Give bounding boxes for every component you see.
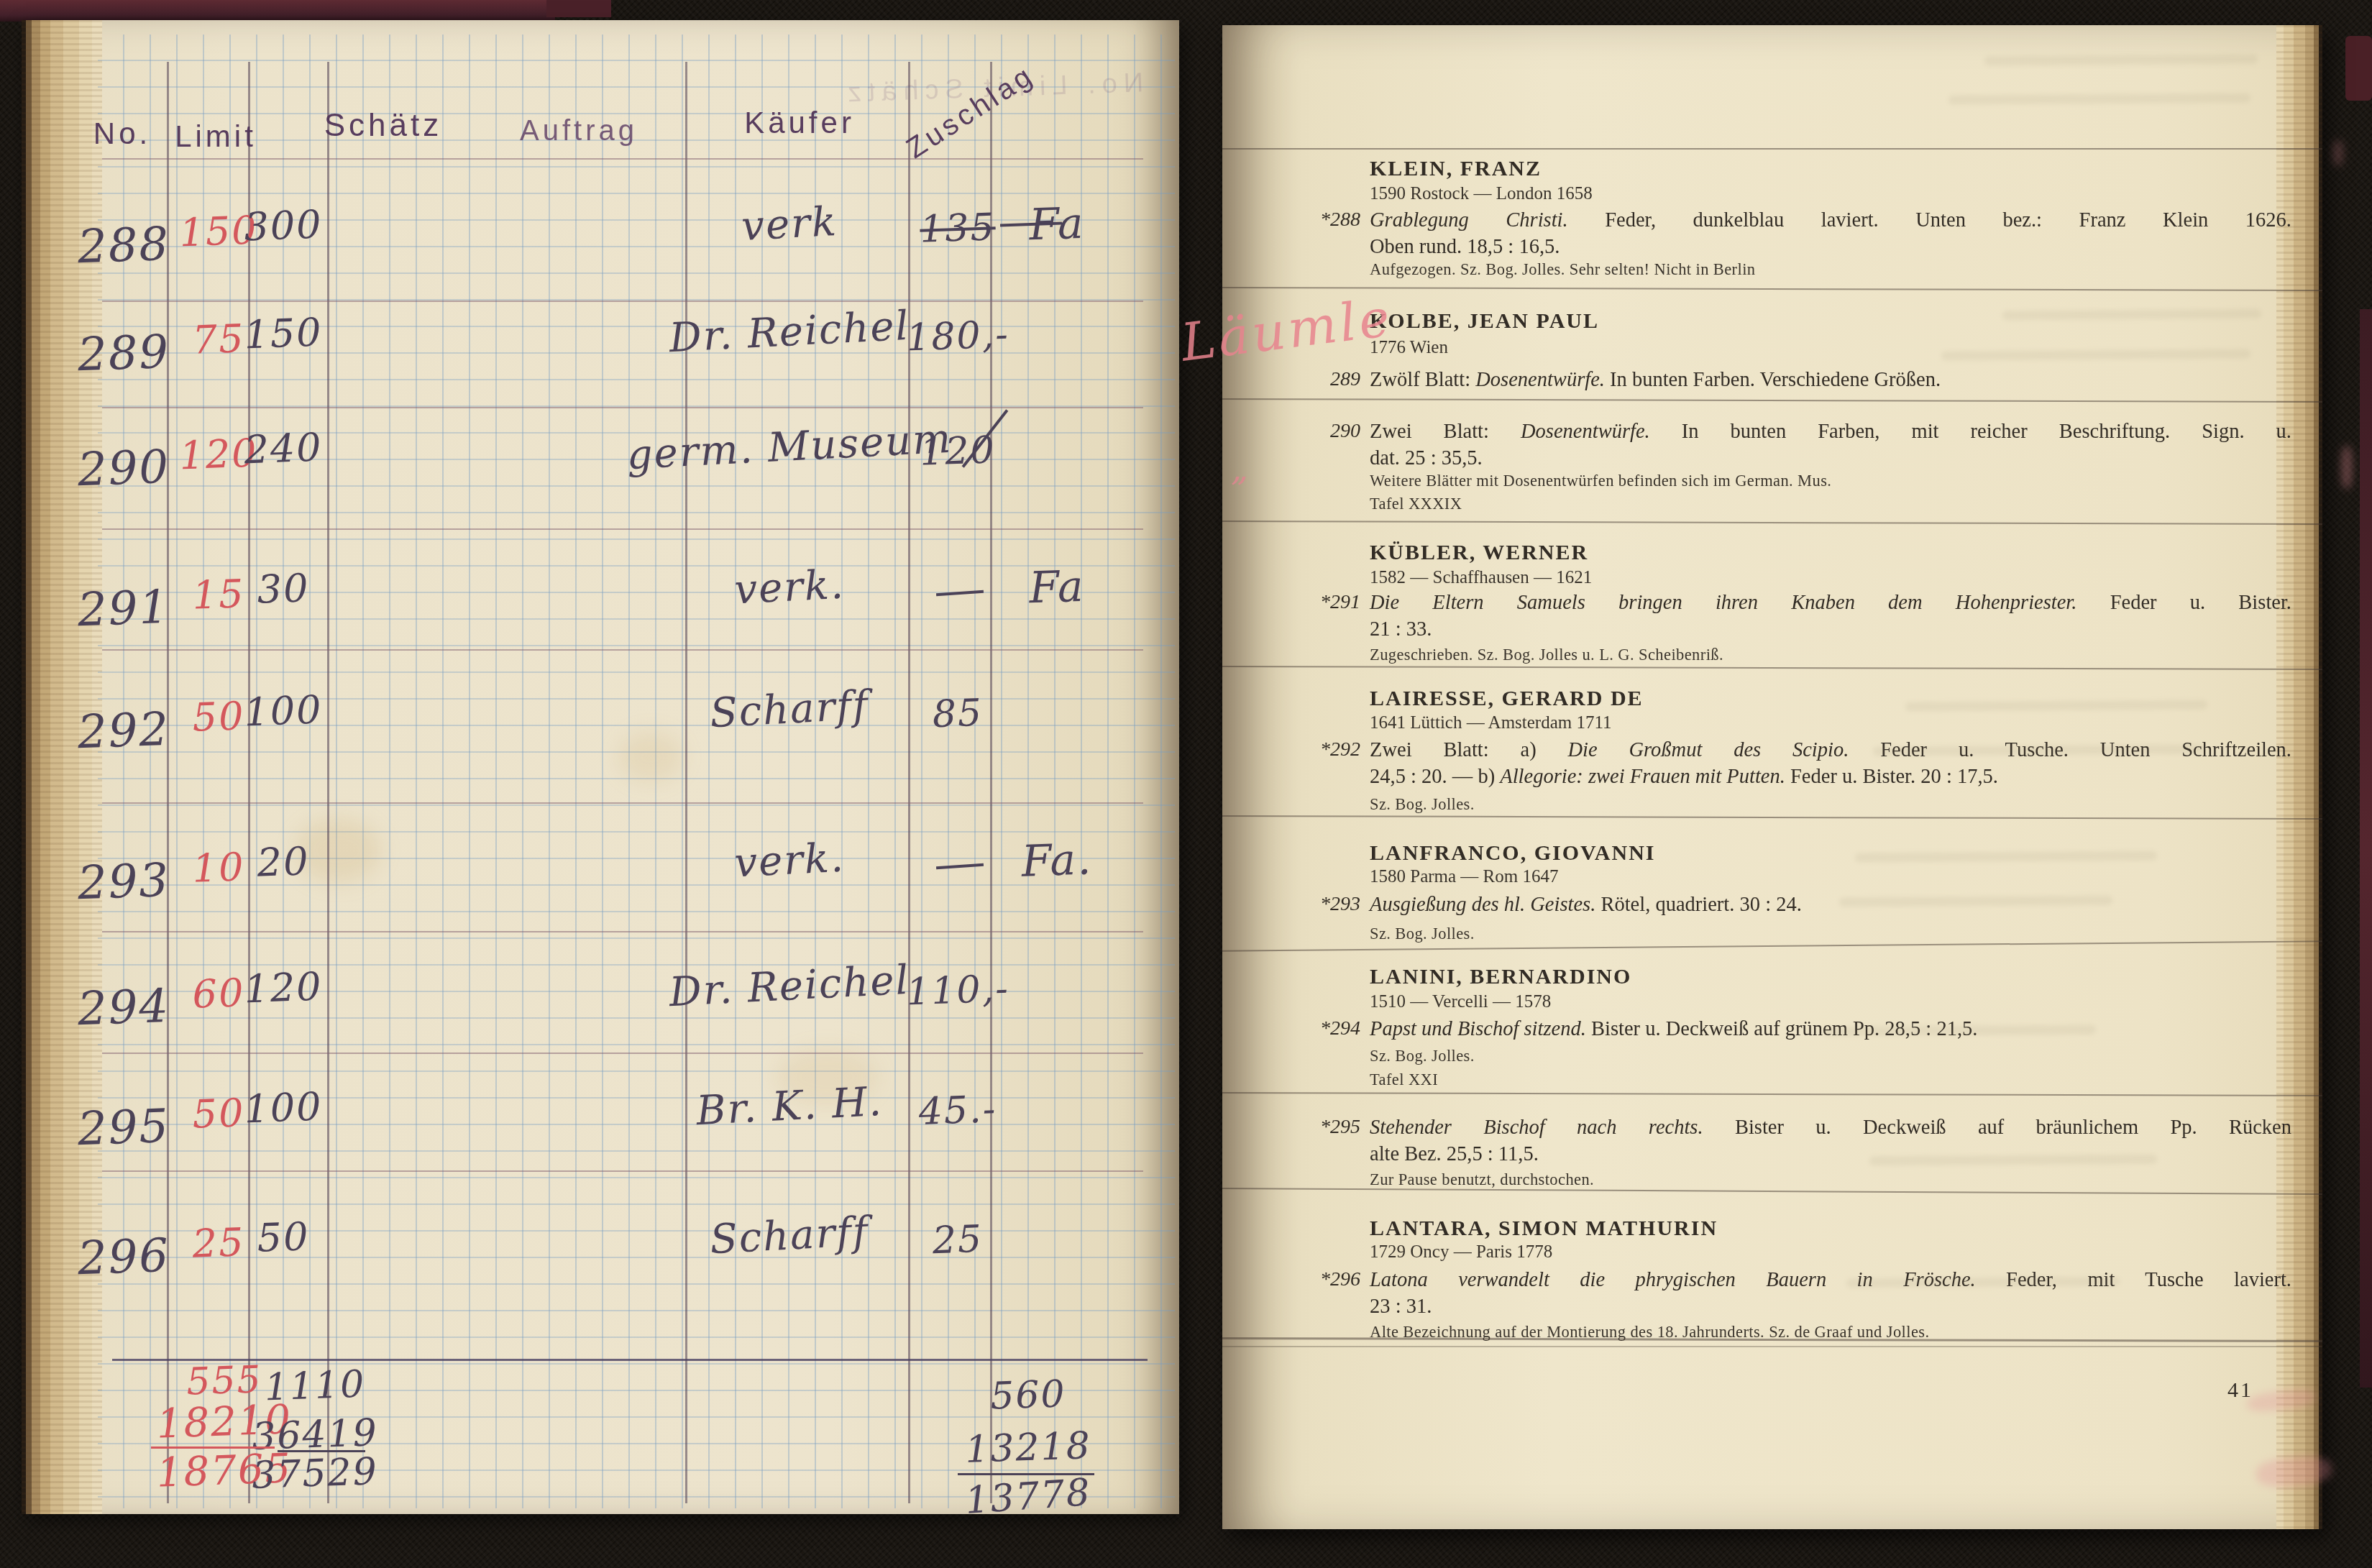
entry-text: Zwei Blatt: Dosenentwürfe. In bunten Far… bbox=[1370, 418, 2291, 472]
artist-name: LANINI, BERNARDINO bbox=[1370, 965, 1631, 989]
column-header-auftrag: Auftrag bbox=[520, 115, 638, 147]
ledger-margin-note: Fa bbox=[1028, 198, 1086, 251]
catalog-number: *295 bbox=[1294, 1116, 1360, 1139]
catalog-number: *288 bbox=[1294, 208, 1360, 231]
ledger-limit: 50 bbox=[192, 1090, 246, 1137]
entry-line: 23 : 31. bbox=[1370, 1293, 2291, 1320]
artist-name: KOLBE, JEAN PAUL bbox=[1370, 309, 1599, 334]
bleed-through-ghost bbox=[1949, 93, 2250, 105]
column-header-limit: Limit bbox=[175, 119, 257, 154]
entry-line: Grablegung Christi. Feder, dunkelblau la… bbox=[1370, 207, 2291, 234]
entry-line: Zwölf Blatt: Dosenentwürfe. In bunten Fa… bbox=[1370, 367, 2291, 393]
row-divider bbox=[102, 649, 1143, 651]
total-zuschlag: 560 bbox=[989, 1372, 1066, 1418]
ledger-margin-note: Fa bbox=[1028, 561, 1086, 614]
entry-line: 24,5 : 20. — b) Allegorie: zwei Frauen m… bbox=[1370, 764, 2291, 790]
entry-line: Latona verwandelt die phrygischen Bauern… bbox=[1370, 1267, 2291, 1293]
ledger-limit: 25 bbox=[192, 1219, 246, 1266]
ledger-schaetz: 150 bbox=[243, 310, 323, 358]
ledger-no: 295 bbox=[77, 1100, 171, 1156]
entry-text: Die Eltern Samuels bringen ihren Knaben … bbox=[1370, 590, 2291, 643]
bleed-through-ghost bbox=[2002, 309, 2261, 321]
entry-note: Weitere Blätter mit Dosenentwürfen befin… bbox=[1370, 472, 2291, 490]
bleed-through-ghost bbox=[1839, 896, 2112, 907]
artist-name: LANFRANCO, GIOVANNI bbox=[1370, 841, 1655, 866]
ledger-kaeufer: verk. bbox=[733, 561, 846, 614]
sum-rule-zuschlag bbox=[958, 1473, 1094, 1475]
ledger-kaeufer: Br. K. H. bbox=[695, 1078, 884, 1134]
ledger-no: 290 bbox=[77, 441, 171, 497]
ledger-zuschlag: 45.- bbox=[918, 1088, 997, 1134]
column-divider bbox=[908, 62, 910, 1503]
totals-top-rule bbox=[112, 1359, 1148, 1361]
ledger-kaeufer: Scharff bbox=[709, 1209, 871, 1263]
ledger-kaeufer: Scharff bbox=[709, 682, 871, 737]
column-header-kaeufer: Käufer bbox=[744, 106, 855, 140]
entry-rule bbox=[1222, 521, 2322, 525]
entry-rule bbox=[1222, 1092, 2322, 1096]
entry-note: Sz. Bog. Jolles. bbox=[1370, 1047, 2291, 1065]
entry-line: Die Eltern Samuels bringen ihren Knaben … bbox=[1370, 590, 2291, 616]
catalog-number: *293 bbox=[1294, 893, 1360, 916]
column-header-no: No. bbox=[93, 116, 151, 151]
entry-line: Oben rund. 18,5 : 16,5. bbox=[1370, 234, 2291, 260]
ledger-kaeufer: verk. bbox=[733, 835, 846, 887]
ledger-zuschlag: 180,- bbox=[905, 313, 1009, 360]
column-divider bbox=[685, 62, 687, 1503]
entry-rule bbox=[1222, 815, 2322, 820]
ledger-zuschlag: 25 bbox=[932, 1218, 984, 1262]
artist-dates: 1582 — Schaffhausen — 1621 bbox=[1370, 568, 1592, 588]
red-edge-mark bbox=[2341, 446, 2353, 489]
bleed-through-ghost bbox=[1823, 1025, 2096, 1037]
column-divider bbox=[248, 62, 250, 1503]
entry-line: Zwei Blatt: Dosenentwürfe. In bunten Far… bbox=[1370, 418, 2291, 445]
catalog-number: 289 bbox=[1294, 368, 1360, 391]
ledger-schaetz: 30 bbox=[257, 565, 311, 612]
catalog-number: *291 bbox=[1294, 591, 1360, 614]
ledger-kaeufer: verk bbox=[741, 198, 839, 250]
bleed-through-ghost bbox=[1869, 1155, 2157, 1166]
paper-stain bbox=[618, 732, 683, 782]
ledger-page: No. Limit Schätz Auftrag Käufer Zuschlag… bbox=[22, 20, 1179, 1514]
artist-name: KÜBLER, WERNER bbox=[1370, 541, 1588, 565]
artist-dates: 1729 Oncy — Paris 1778 bbox=[1370, 1242, 1552, 1262]
sum-rule-black bbox=[278, 1450, 365, 1452]
ledger-no: 293 bbox=[77, 854, 171, 910]
ledger-schaetz: 100 bbox=[243, 687, 323, 735]
ledger-no: 292 bbox=[77, 703, 171, 759]
entry-text: Zwölf Blatt: Dosenentwürfe. In bunten Fa… bbox=[1370, 367, 2291, 393]
artist-name: KLEIN, FRANZ bbox=[1370, 157, 1542, 181]
row-divider bbox=[102, 407, 1143, 408]
ledger-zuschlag: 85 bbox=[932, 692, 984, 736]
ledger-no: 294 bbox=[77, 980, 171, 1036]
entry-note: Zugeschrieben. Sz. Bog. Jolles u. L. G. … bbox=[1370, 646, 2291, 664]
handwritten-pink-annotation: Läumle bbox=[1178, 287, 1396, 372]
entry-rule bbox=[1222, 666, 2322, 670]
row-divider bbox=[102, 301, 1143, 302]
entry-line: Stehender Bischof nach rechts. Bister u.… bbox=[1370, 1114, 2291, 1141]
catalog-number: *296 bbox=[1294, 1268, 1360, 1291]
handwritten-ditto-mark: „ bbox=[1231, 449, 1248, 488]
row-divider bbox=[102, 931, 1143, 932]
row-divider bbox=[102, 1170, 1143, 1172]
artist-dates: 1510 — Vercelli — 1578 bbox=[1370, 992, 1551, 1012]
entry-note: Zur Pause benutzt, durchstochen. bbox=[1370, 1170, 2291, 1189]
ledger-no: 296 bbox=[77, 1229, 171, 1285]
row-divider bbox=[102, 802, 1143, 804]
bleed-through-ghost bbox=[1941, 349, 2250, 360]
entry-note: Sz. Bog. Jolles. bbox=[1370, 925, 2291, 943]
section-rule bbox=[1222, 148, 2322, 150]
total-zuschlag: 13778 bbox=[963, 1471, 1092, 1523]
entry-rule-double bbox=[1222, 1346, 2322, 1347]
ledger-no: 291 bbox=[77, 581, 171, 637]
book-cover-edge-right bbox=[2360, 309, 2372, 1388]
ledger-limit: 15 bbox=[192, 571, 246, 618]
book-spine-edge bbox=[0, 0, 555, 22]
column-divider bbox=[990, 62, 992, 1503]
ledger-limit: 50 bbox=[192, 693, 246, 740]
entry-text: Ausgießung des hl. Geistes. Rötel, quadr… bbox=[1370, 891, 2291, 918]
book-cover-patch bbox=[546, 0, 611, 17]
ledger-limit: 10 bbox=[192, 844, 246, 891]
bleed-through-ghost bbox=[1984, 55, 2258, 66]
total-schaetz: 1110 bbox=[264, 1363, 366, 1410]
ledger-zuschlag: 110,- bbox=[905, 968, 1009, 1014]
bleed-through-ghost bbox=[1855, 851, 2157, 863]
book-scan: No. Limit Schätz Auftrag Käufer Zuschlag… bbox=[0, 0, 2372, 1568]
entry-note: Sz. Bog. Jolles. bbox=[1370, 795, 2291, 814]
column-divider bbox=[167, 62, 169, 1503]
entry-line: dat. 25 : 35,5. bbox=[1370, 445, 2291, 472]
ledger-no: 289 bbox=[77, 326, 171, 382]
ledger-zuschlag: 135 bbox=[919, 206, 996, 252]
artist-name: LANTARA, SIMON MATHURIN bbox=[1370, 1216, 1718, 1241]
plate-reference: Tafel XXI bbox=[1370, 1070, 2291, 1089]
total-zuschlag: 13218 bbox=[964, 1424, 1091, 1472]
row-divider bbox=[102, 1053, 1143, 1054]
book-cover-corner bbox=[2345, 36, 2372, 101]
artist-dates: 1590 Rostock — London 1658 bbox=[1370, 184, 1593, 204]
catalog-page: KLEIN, FRANZ1590 Rostock — London 1658*2… bbox=[1222, 25, 2322, 1529]
ledger-margin-note: Fa. bbox=[1021, 834, 1094, 886]
ledger-no: 288 bbox=[77, 218, 171, 274]
ledger-schaetz: 50 bbox=[257, 1214, 311, 1260]
artist-dates: 1641 Lüttich — Amsterdam 1711 bbox=[1370, 713, 1612, 733]
ledger-schaetz: 240 bbox=[243, 425, 323, 473]
row-divider bbox=[102, 158, 1143, 160]
ledger-schaetz: 300 bbox=[243, 202, 323, 250]
row-divider bbox=[102, 528, 1143, 530]
column-header-schaetz: Schätz bbox=[324, 108, 443, 144]
entry-note: Aufgezogen. Sz. Bog. Jolles. Sehr selten… bbox=[1370, 260, 2291, 279]
red-edge-mark bbox=[2333, 140, 2343, 166]
plate-reference: Tafel XXXIX bbox=[1370, 495, 2291, 513]
entry-text: Latona verwandelt die phrygischen Bauern… bbox=[1370, 1267, 2291, 1320]
catalog-number: *294 bbox=[1294, 1017, 1360, 1040]
column-divider bbox=[327, 62, 329, 1503]
catalog-number: 290 bbox=[1294, 420, 1360, 443]
ledger-limit: 75 bbox=[192, 316, 246, 362]
entry-text: Grablegung Christi. Feder, dunkelblau la… bbox=[1370, 207, 2291, 260]
bleed-through-ghost bbox=[1905, 700, 2207, 712]
ledger-schaetz: 120 bbox=[243, 964, 323, 1012]
ledger-schaetz: 100 bbox=[243, 1084, 323, 1132]
artist-name: LAIRESSE, GERARD DE bbox=[1370, 687, 1644, 711]
ledger-schaetz: 20 bbox=[257, 838, 311, 885]
bleed-through-ghost bbox=[1846, 1277, 2120, 1288]
entry-rule bbox=[1222, 398, 2322, 403]
sum-rule-red bbox=[151, 1446, 275, 1449]
catalog-number: *292 bbox=[1294, 738, 1360, 761]
entry-line: 21 : 33. bbox=[1370, 616, 2291, 643]
ledger-limit: 60 bbox=[192, 970, 246, 1017]
entry-line: Ausgießung des hl. Geistes. Rötel, quadr… bbox=[1370, 891, 2291, 918]
total-schaetz: 37529 bbox=[251, 1450, 378, 1498]
artist-dates: 1580 Parma — Rom 1647 bbox=[1370, 867, 1559, 887]
